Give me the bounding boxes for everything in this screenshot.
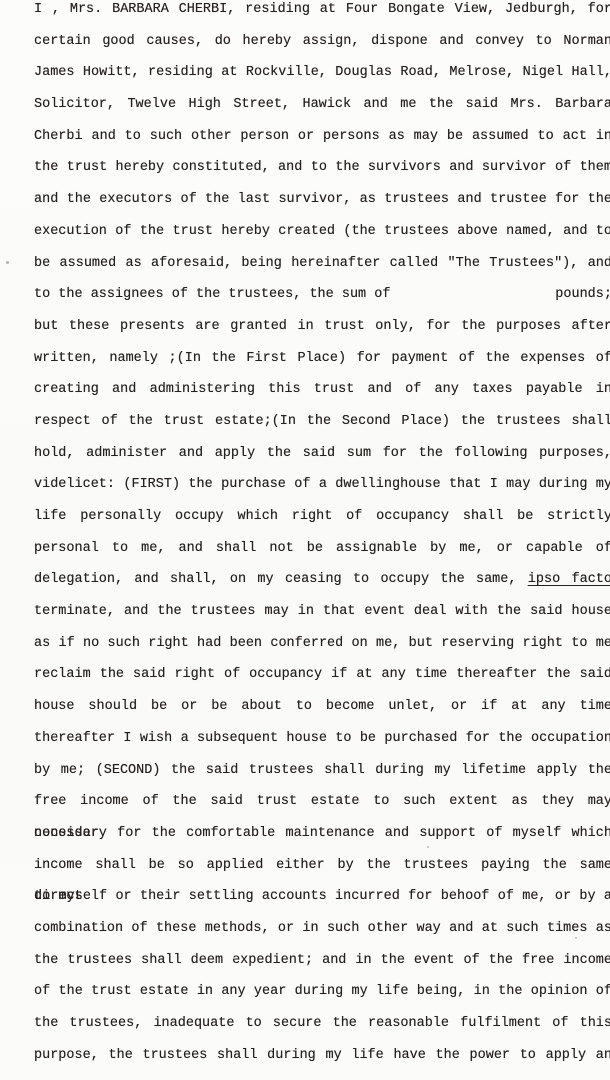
line-text: reclaim the said right of occupancy if a… [34,667,610,682]
line-text: Cherbi and to such other person or perso… [34,129,610,144]
document-page: I , Mrs. BARBARA CHERBI, residing at Fou… [0,0,610,1071]
line-text: certain good causes, do hereby assign, d… [34,34,610,49]
line-text: thereafter I wish a subsequent house to … [34,731,610,746]
line-text: execution of the trust hereby created (t… [34,224,610,239]
line-text: the trustees, inadequate to secure the r… [34,1016,610,1031]
line-text: creating and administering this trust an… [34,382,610,397]
line-text: personal to me, and shall not be assigna… [34,541,610,556]
text-line: purpose, the trustees shall during my li… [34,1040,610,1072]
text-line: be assumed as aforesaid, being hereinaft… [34,248,610,280]
line-text: terminate, and the trustees may in that … [34,604,610,619]
line-text: respect of the trust estate;(In the Seco… [34,414,610,429]
line-text: purpose, the trustees shall during my li… [34,1048,610,1063]
text-line: written, namely ;(In the First Place) fo… [34,343,610,375]
text-line: certain good causes, do hereby assign, d… [34,26,610,58]
text-line: free income of the said trust estate to … [34,786,610,818]
text-line: by me; (SECOND) the said trustees shall … [34,755,610,787]
line-text: to myself or their settling accounts inc… [34,889,610,904]
text-line: James Howitt, residing at Rockville, Dou… [34,57,610,89]
text-line: necessary for the comfortable maintenanc… [34,818,610,850]
text-line: house should be or be about to become un… [34,691,610,723]
line-text: by me; (SECOND) the said trustees shall … [34,763,610,778]
text-line: the trustees, inadequate to secure the r… [34,1008,610,1040]
text-line: Cherbi and to such other person or perso… [34,121,610,153]
line-text: combination of these methods, or in such… [34,921,610,936]
text-line: but these presents are granted in trust … [34,311,610,343]
text-line: the trustees shall deem expedient; and i… [34,945,610,977]
line-text: and the executors of the last survivor, … [34,192,610,207]
text-line: and the executors of the last survivor, … [34,184,610,216]
text-line: income shall be so applied either by the… [34,850,610,882]
text-line: delegation, and shall, on my ceasing to … [34,564,610,596]
text-line: to myself or their settling accounts inc… [34,881,610,913]
text-line: the trust hereby constituted, and to the… [34,152,610,184]
text-line: reclaim the said right of occupancy if a… [34,659,610,691]
underlined-text: ipso facto [528,572,610,587]
text-line: hold, administer and apply the said sum … [34,438,610,470]
line-text: the trustees shall deem expedient; and i… [34,953,610,968]
line-text: but these presents are granted in trust … [34,319,610,334]
text-line: execution of the trust hereby created (t… [34,216,610,248]
text-line: Solicitor, Twelve High Street, Hawick an… [34,89,610,121]
line-text: the trust hereby constituted, and to the… [34,160,610,175]
line-text: delegation, and shall, on my ceasing to … [34,572,528,587]
text-line: to the assignees of the trustees, the su… [34,279,610,311]
line-text: pounds; [555,279,610,311]
line-text: written, namely ;(In the First Place) fo… [34,351,610,366]
line-text: house should be or be about to become un… [34,699,610,714]
line-text: hold, administer and apply the said sum … [34,446,610,461]
text-line: combination of these methods, or in such… [34,913,610,945]
line-text: I , Mrs. BARBARA CHERBI, residing at Fou… [34,2,610,17]
text-line: videlicet: (FIRST) the purchase of a dwe… [34,469,610,501]
text-line: I , Mrs. BARBARA CHERBI, residing at Fou… [34,0,610,26]
line-text: as if no such right had been conferred o… [34,636,610,651]
text-line: personal to me, and shall not be assigna… [34,533,610,565]
line-text: James Howitt, residing at Rockville, Dou… [34,65,610,80]
text-line: of the trust estate in any year during m… [34,976,610,1008]
line-text: life personally occupy which right of oc… [34,509,610,524]
line-text: of the trust estate in any year during m… [34,984,610,999]
text-line: life personally occupy which right of oc… [34,501,610,533]
line-text: to the assignees of the trustees, the su… [34,279,390,311]
line-text: videlicet: (FIRST) the purchase of a dwe… [34,477,610,492]
text-line: thereafter I wish a subsequent house to … [34,723,610,755]
line-text: Solicitor, Twelve High Street, Hawick an… [34,97,610,112]
text-line: terminate, and the trustees may in that … [34,596,610,628]
scanned-document: I , Mrs. BARBARA CHERBI, residing at Fou… [0,0,610,1080]
text-line: respect of the trust estate;(In the Seco… [34,406,610,438]
line-text: be assumed as aforesaid, being hereinaft… [34,256,610,271]
text-line: creating and administering this trust an… [34,374,610,406]
text-line: as if no such right had been conferred o… [34,628,610,660]
line-text: necessary for the comfortable maintenanc… [34,826,610,841]
